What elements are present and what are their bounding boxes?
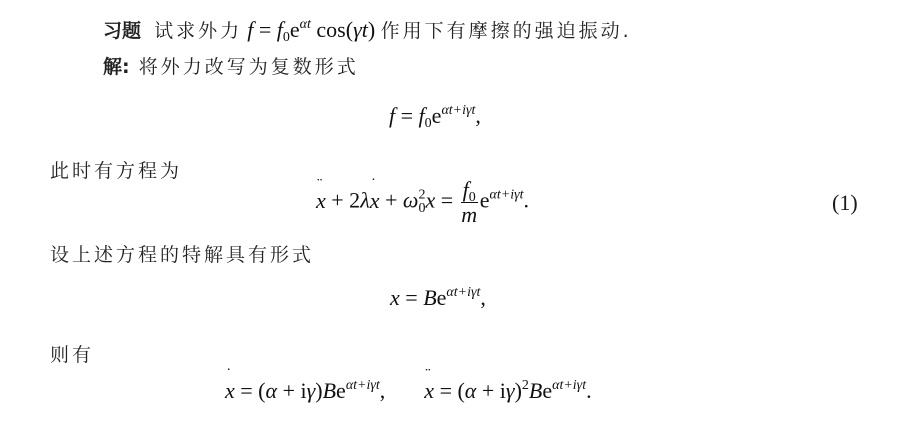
problem-statement: 习题 试求外力 f = f0eαt cos(γt) 作用下有摩擦的强迫振动. xyxy=(103,16,632,43)
problem-text-before: 试求外力 xyxy=(154,20,242,42)
solution-intro-text: 将外力改写为复数形式 xyxy=(139,56,359,78)
text-then: 则有 xyxy=(50,340,94,367)
equation-particular-solution: x = Beαt+iγt, xyxy=(390,285,486,311)
fraction-f0-over-m: f0 m xyxy=(461,178,478,227)
equation-complex-force: f = f0eαt+iγt, xyxy=(389,103,481,129)
problem-text-after: 作用下有摩擦的强迫振动. xyxy=(381,20,632,42)
text-particular-solution: 设上述方程的特解具有形式 xyxy=(50,240,314,267)
equation-number: (1) xyxy=(832,190,858,216)
equation-derivatives: x = (α + iγ)Beαt+iγt, x = (α + iγ)2Beαt+… xyxy=(225,378,592,404)
equation-1: x + 2λx + ω20x = f0 m eαt+iγt. xyxy=(316,178,529,227)
solution-intro: 解: 将外力改写为复数形式 xyxy=(103,52,359,79)
text-equation-now: 此时有方程为 xyxy=(50,156,182,183)
problem-label: 习题 xyxy=(103,20,141,42)
solution-label: 解: xyxy=(103,56,130,78)
force-formula: f = f0eαt cos(γt) xyxy=(247,17,380,42)
